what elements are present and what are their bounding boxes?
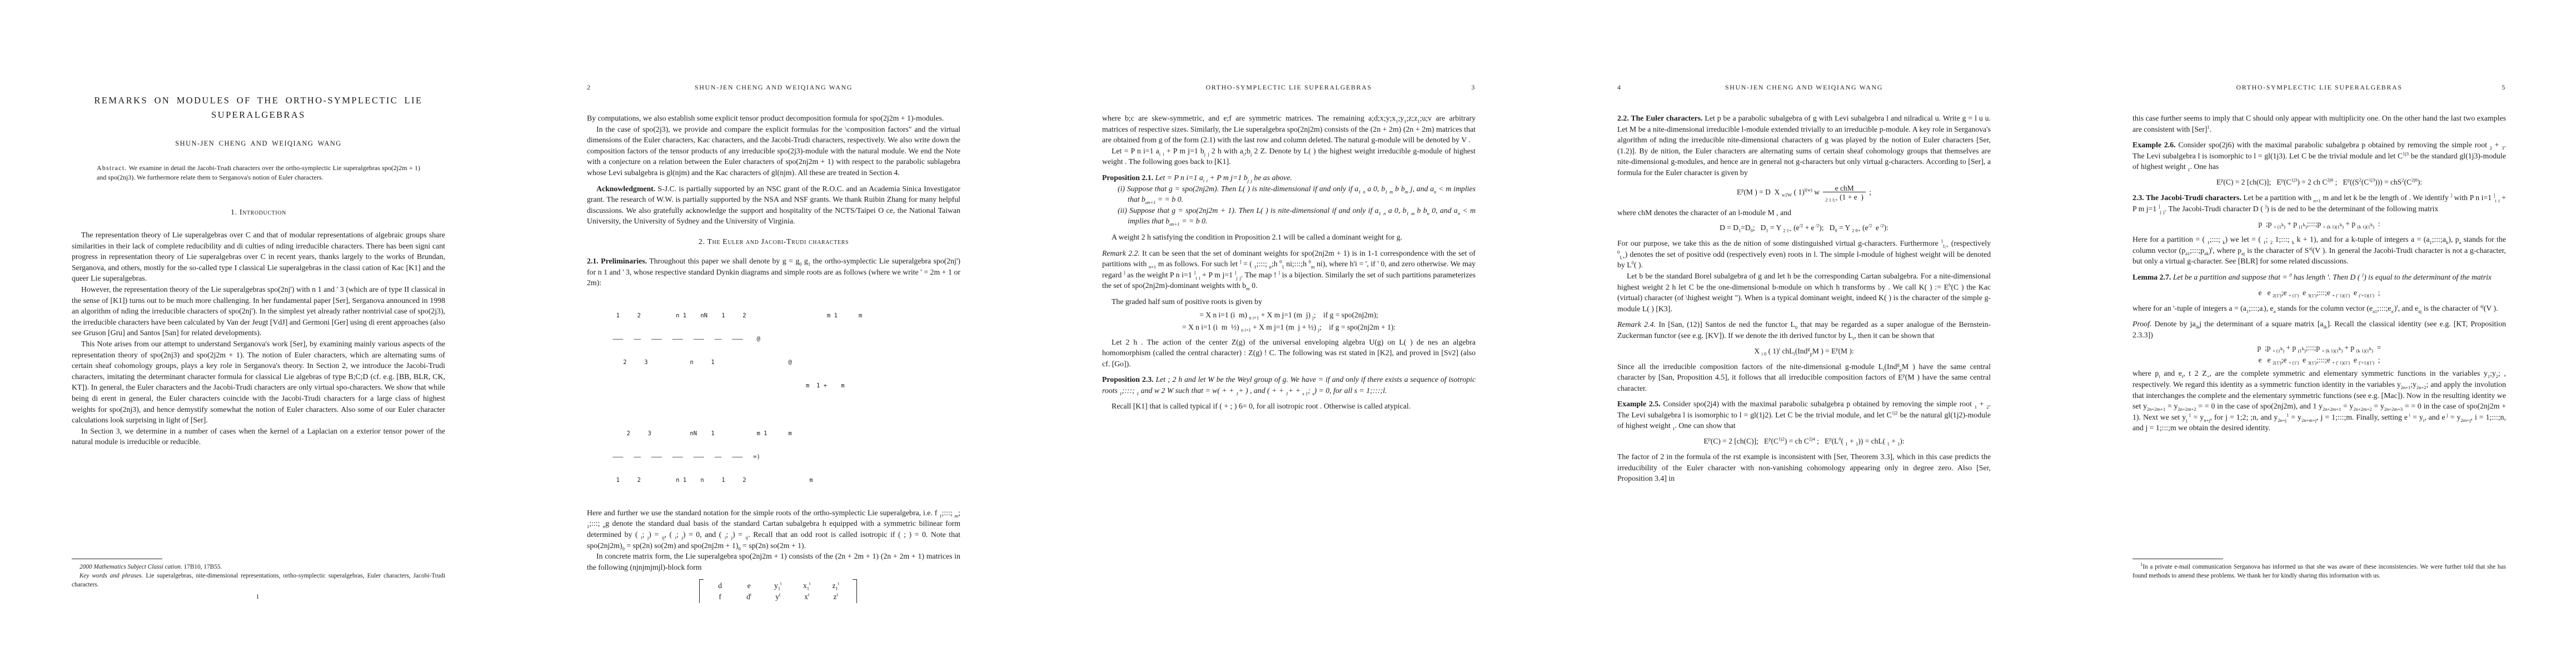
paragraph-euler-characters: 2.2. The Euler characters. Let p be a pa… [1617,113,1991,178]
paragraph: Let 2 h . The action of the center Z(g) … [1102,337,1476,370]
page-number: 5 [2487,83,2506,92]
remark-2-4: Remark 2.4. In [San, (12)] Santos de ned… [1617,319,1991,341]
footnote: 2000 Mathematics Subject Classi cation. … [72,563,445,572]
paragraph: this case further seems to imply that C … [2132,113,2506,135]
proposition-text: Let ; 2 h and let W be the Weyl group of… [1102,375,1476,395]
matrix-cell: yt [764,591,793,603]
paragraph: In the case of spo(2j3), we provide and … [587,124,960,178]
section-heading-1: 1. Introduction [72,208,445,217]
dynkin-diagram-line: 2 3 nN 1 m 1 m [609,430,960,437]
paragraph: Here for a partition = ( 1;:::; k) we le… [2132,234,2506,267]
example-label: Example 2.6. [2132,141,2176,149]
footnotes: 2000 Mathematics Subject Classi cation. … [72,559,445,589]
matrix-cell: dt [735,591,764,603]
paragraph: where chM denotes the character of an l-… [1617,207,1991,218]
paragraph: where pt and et, t 2 Z+, are the complet… [2132,368,2506,434]
page-5-body: this case further seems to imply that C … [2132,113,2506,556]
page-number: 4 [1617,83,1636,92]
acknowledgment-label: Acknowledgment. [596,185,655,193]
paragraph: By computations, we also establish some … [587,113,960,124]
display-formula-rho-even: = X n i=1 (i m) n i+1 + X m j=1 (m j) j;… [1102,311,1476,320]
paragraph: The graded half sum of positive roots is… [1102,296,1476,307]
matrix-right-bracket [853,579,857,603]
block-matrix-row: g = dey1tx1tz1tfdtytxtztxx1abvtyy1catutz… [587,579,960,603]
formula-prefix: Ep(M ) = D X w2W ( 1)l(w) w [1737,188,1820,196]
dynkin-diagram-line: 1 2 n 1 n 1 2 m [609,476,960,484]
lemma-2-7: Lemma 2.7. Let be a partition and suppos… [2132,272,2506,283]
footnote-label: Key words and phrases. [79,573,143,579]
paragraph: The factor of 2 in the formula of the rs… [1617,451,1991,484]
dynkin-diagrams: 1 2 n 1 nN 1 2 m 1 m ——— —— ——— ——— ——— … [609,296,960,500]
proposition-label: Proposition 2.1. [1102,173,1153,182]
running-title: ORTHO-SYMPLECTIC LIE SUPERALGEBRAS [1121,83,1457,92]
paragraph: where b;c are skew-symmetric, and e;f ar… [1102,113,1476,146]
running-head: ORTHO-SYMPLECTIC LIE SUPERALGEBRAS 3 [1102,83,1476,92]
remark-text: In [San, (12)] Santos de ned the functor… [1617,320,1991,340]
authors: SHUN-JEN CHENG AND WEIQIANG WANG [72,140,445,148]
page-2: 2 SHUN-JEN CHENG AND WEIQIANG WANG By co… [515,0,1030,667]
running-head: 4 SHUN-JEN CHENG AND WEIQIANG WANG [1617,83,1991,92]
paragraph: In Section 3, we determine in a number o… [72,426,445,447]
paragraph-jacobi-trudi: 2.3. The Jacobi-Trudi characters. Let be… [2132,192,2506,214]
lemma-text: Let be a partition and suppose that = 0 … [2173,273,2492,281]
dynkin-diagram-line: ——— —— ——— ——— ——— —— ——— =) [609,453,960,461]
running-head-spacer [1102,83,1121,92]
matrix-row: xx1abvt [706,602,850,603]
matrix-cell: z1t [821,580,850,591]
matrix-left-bracket [699,579,704,603]
proposition-text: Let = P n i=1 ai i + P m j=1 bj j be as … [1155,173,1292,182]
abstract-label: Abstract. [97,164,127,172]
remark-text: It can be seen that the set of dominant … [1102,249,1476,290]
matrix-cell: b [793,602,821,603]
dynkin-diagram-line: 2 3 n 1 @ [609,359,960,366]
paper-spread: { "arxiv_stamp": "arXiv:0804.2506v1 [mat… [0,0,2576,667]
paragraph: In concrete matrix form, the Lie superal… [587,551,960,573]
footnotes: 1In a private e-mail communication Serga… [2132,559,2506,581]
display-formula-euler-character: Ep(M ) = D X w2W ( 1)l(w) w e chM2 1 l;+… [1617,184,1991,202]
display-formula-example-2-6: Ep(C) = 2 [ch(C)]; Ep(C1j3) = 2 ch C2j6 … [2132,178,2506,187]
matrix-row: dey1tx1tz1t [706,580,850,591]
proof-text: Denote by jaikj the determinant of a squ… [2132,320,2506,339]
page-2-body: By computations, we also establish some … [587,113,960,603]
paragraph: where for an '-tuple of integers a = (a1… [2132,303,2506,314]
footnote-text: 17B10, 17B55. [184,564,222,570]
page-number: 3 [1457,83,1476,92]
matrix-row: fdtytxtzt [706,591,850,603]
running-head: ORTHO-SYMPLECTIC LIE SUPERALGEBRAS 5 [2132,83,2506,92]
subsection-label: 2.1. Preliminaries. [587,257,647,265]
formula-suffix: ; [1869,188,1871,196]
abstract: Abstract. We examine in detail the Jacob… [97,163,420,182]
matrix-cell: x [706,602,735,603]
example-text: Consider spo(2j6) with the maximal parab… [2132,141,2506,171]
matrix-cell: x1 [735,602,764,603]
block-matrix-equation: g = dey1tx1tz1tfdtytxtztxx1abvtyy1catutz… [587,579,960,603]
fraction-denominator: 2 1 l;+ (1 + e ) [1823,192,1866,201]
proposition-item-i: (i) Suppose that g = spo(2nj2m). Then L(… [1102,183,1476,205]
footnote: Key words and phrases. Lie superalgebras… [72,572,445,590]
footnote-rule [72,559,162,559]
matrix-cell: xt [793,591,821,603]
paper-title: REMARKS ON MODULES OF THE ORTHO-SYMPLECT… [72,93,445,122]
paragraph: However, the representation theory of th… [72,284,445,339]
page-3-body: where b;c are skew-symmetric, and e;f ar… [1102,113,1476,603]
footnote: 1In a private e-mail communication Serga… [2132,563,2506,581]
display-formula-jacobi-trudi: p ;p + (1k) + p (1k);:::;p + (k 1)(1k) +… [2132,220,2506,228]
display-formula-identity-line1: p ;p + (1k) + p (1k);:::;p + (k 1)(1k) +… [2132,344,2506,352]
dynkin-gap [609,405,960,414]
matrix-cell: a [764,602,793,603]
proposition-2-1: Proposition 2.1. Let = P n i=1 ai i + P … [1102,172,1476,183]
subsection-label: 2.3. The Jacobi-Trudi characters. [2132,193,2241,202]
matrix-cell: x1t [793,580,821,591]
page-1: REMARKS ON MODULES OF THE ORTHO-SYMPLECT… [0,0,515,667]
page-5: ORTHO-SYMPLECTIC LIE SUPERALGEBRAS 5 thi… [2061,0,2576,667]
example-2-5: Example 2.5. Consider spo(2j4) with the … [1617,399,1991,431]
matrix-grid: dey1tx1tz1tfdtytxtztxx1abvtyy1catutzz1uv… [704,579,853,603]
display-formula-d: D = D1=D0; D1 = Y 2 1+ (e/2 + e /2); D0 … [1617,223,1991,232]
matrix-cell: f [706,591,735,603]
paragraph: Here and further we use the standard not… [587,507,960,551]
paragraph: The representation theory of Lie superal… [72,230,445,284]
paper-title-line2: SUPERALGEBRAS [72,108,445,122]
display-formula-santos: X i 0 ( 1)i chLi(IndgpM ) = Ep(M ): [1617,347,1991,356]
remark-2-2: Remark 2.2. It can be seen that the set … [1102,248,1476,291]
display-formula-example-2-5: Ep(C) = 2 [ch(C)]; Ep(C1j2) = ch C2j4 ; … [1617,437,1991,446]
running-head: 2 SHUN-JEN CHENG AND WEIQIANG WANG [587,83,960,92]
running-head-spacer [941,83,960,92]
proof: Proof. Denote by jaikj the determinant o… [2132,318,2506,340]
running-title: SHUN-JEN CHENG AND WEIQIANG WANG [606,83,941,92]
matrix-cell: d [706,580,735,591]
running-head-spacer [1972,83,1991,92]
formula-fraction: e chM2 1 l;+ (1 + e ) [1821,184,1867,202]
matrix-cell: zt [821,591,850,603]
footnote-label: 2000 Mathematics Subject Classi cation. [79,564,182,570]
page-3: ORTHO-SYMPLECTIC LIE SUPERALGEBRAS 3 whe… [1030,0,1546,667]
example-2-6: Example 2.6. Consider spo(2j6) with the … [2132,140,2506,172]
paragraph: Let = P n i=1 ai i + P m j=1 bj j 2 h wi… [1102,146,1476,167]
paragraph: A weight 2 h satisfying the condition in… [1102,232,1476,243]
matrix-cell: vt [821,602,850,603]
display-formula-rho-odd: = X n i=1 (i m ½) n i+1 + X m j=1 (m j +… [1102,323,1476,332]
lemma-label: Lemma 2.7. [2132,273,2171,281]
running-head-spacer [2132,83,2151,92]
dynkin-diagram-line: m 1 + m [609,382,960,390]
remark-label: Remark 2.4. [1617,320,1656,328]
running-title: ORTHO-SYMPLECTIC LIE SUPERALGEBRAS [2151,83,2487,92]
subsection-label: 2.2. The Euler characters. [1617,114,1702,122]
remark-label: Remark 2.2. [1102,249,1140,257]
matrix-cell: e [735,580,764,591]
page-4-body: 2.2. The Euler characters. Let p be a pa… [1617,113,1991,603]
paragraph: For our purpose, we take this as the de … [1617,238,1991,271]
proposition-2-3: Proposition 2.3. Let ; 2 h and let W be … [1102,374,1476,396]
paragraph: Since all the irreducible composition fa… [1617,361,1991,394]
page-4: 4 SHUN-JEN CHENG AND WEIQIANG WANG 2.2. … [1546,0,2061,667]
matrix-cell: y1t [764,580,793,591]
example-text: Consider spo(2j4) with the maximal parab… [1617,400,1991,430]
page-number: 2 [587,83,606,92]
example-label: Example 2.5. [1617,400,1661,408]
paper-title-line1: REMARKS ON MODULES OF THE ORTHO-SYMPLECT… [72,93,445,108]
page-number: 1 [0,593,515,601]
proposition-item-ii: (ii) Suppose that g = spo(2nj2m + 1). Th… [1102,205,1476,227]
paragraph: Let b be the standard Borel subalgebra o… [1617,271,1991,314]
subsection-text: Let p be a parabolic subalgebra of g wit… [1617,114,1991,177]
page-1-body: REMARKS ON MODULES OF THE ORTHO-SYMPLECT… [72,0,445,556]
proposition-label: Proposition 2.3. [1102,375,1154,384]
proof-label: Proof. [2132,320,2151,328]
footnote-rule [2132,559,2223,559]
section-heading-2: 2. The Euler and Jacobi-Trudi characters [587,238,960,247]
dynkin-diagram-line: 1 2 n 1 nN 1 2 m 1 m [609,312,960,320]
paragraph-acknowledgment: Acknowledgment. S-J.C. is partially supp… [587,183,960,227]
abstract-text: We examine in detail the Jacobi-Trudi ch… [97,164,420,181]
paragraph: This Note arises from our attempt to und… [72,339,445,426]
paragraph: Recall [K1] that is called typical if ( … [1102,401,1476,412]
running-title: SHUN-JEN CHENG AND WEIQIANG WANG [1636,83,1972,92]
dynkin-diagram-line: ——— —— ——— ——— ——— —— ——— @ [609,335,960,343]
paragraph-preliminaries: 2.1. Preliminaries. Throughout this pape… [587,256,960,288]
display-formula-identity-line2: e e 2(1');e + (1') e 3(1');:::;e + (' 1)… [2132,356,2506,365]
display-formula-lemma: e e 2(1');e + (1') e 3(1');:::;e + (' 1)… [2132,288,2506,297]
